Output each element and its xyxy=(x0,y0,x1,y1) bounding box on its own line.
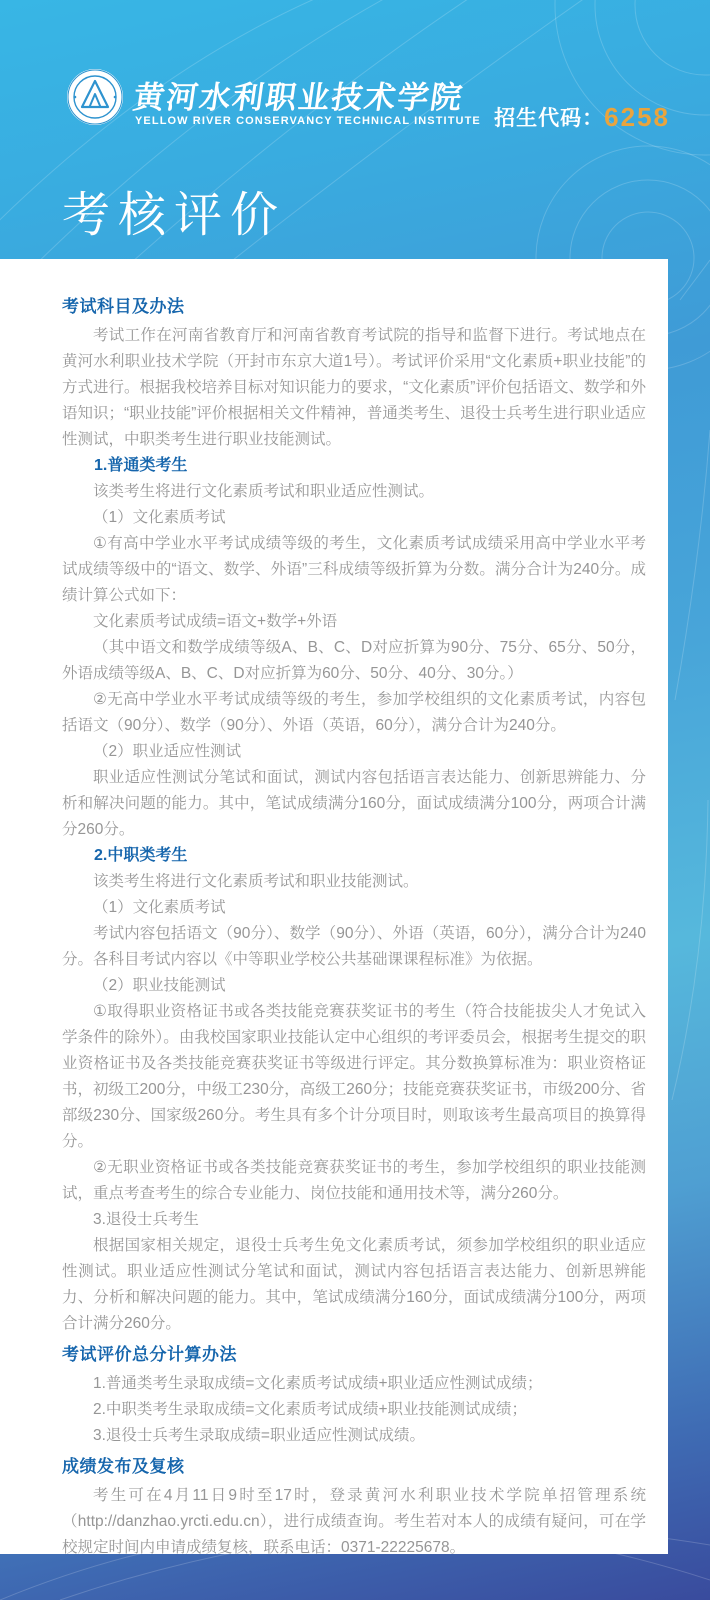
content-card: 考试科目及办法考试工作在河南省教育厅和河南省教育考试院的指导和监督下进行。考试地… xyxy=(0,259,668,1554)
body-paragraph: 考生可在4月11日9时至17时，登录黄河水利职业技术学院单招管理系统（http:… xyxy=(62,1483,646,1561)
body-paragraph: ②无职业资格证书或各类技能竞赛获奖证书的考生，参加学校组织的职业技能测试，重点考… xyxy=(62,1155,646,1207)
body-paragraph: 3.退役士兵考生录取成绩=职业适应性测试成绩。 xyxy=(62,1423,646,1449)
body-paragraph: 考试工作在河南省教育厅和河南省教育考试院的指导和监督下进行。考试地点在黄河水利职… xyxy=(62,323,646,453)
poster-page: { "header": { "school_name_cn": "黄河水利职业技… xyxy=(0,0,710,1600)
subsection-heading: 1.普通类考生 xyxy=(62,453,646,479)
content-blocks: 考试科目及办法考试工作在河南省教育厅和河南省教育考试院的指导和监督下进行。考试地… xyxy=(62,294,646,1561)
admission-code: 招生代码：6258 xyxy=(494,102,670,133)
body-paragraph: （2）职业技能测试 xyxy=(62,973,646,999)
page-header: 黄河水利职业技术学院 YELLOW RIVER CONSERVANCY TECH… xyxy=(0,0,710,259)
admission-code-label: 招生代码： xyxy=(494,107,604,130)
body-paragraph: 该类考生将进行文化素质考试和职业适应性测试。 xyxy=(62,479,646,505)
school-name-en: YELLOW RIVER CONSERVANCY TECHNICAL INSTI… xyxy=(135,115,495,127)
body-paragraph: （其中语文和数学成绩等级A、B、C、D对应折算为90分、75分、65分、50分，… xyxy=(62,635,646,687)
body-paragraph: 该类考生将进行文化素质考试和职业技能测试。 xyxy=(62,869,646,895)
school-name-cn: 黄河水利职业技术学院 xyxy=(131,72,497,117)
body-paragraph: 职业适应性测试分笔试和面试，测试内容包括语言表达能力、创新思辨能力、分析和解决问… xyxy=(62,765,646,843)
section-heading: 考试科目及办法 xyxy=(62,294,646,320)
body-paragraph: 文化素质考试成绩=语文+数学+外语 xyxy=(62,609,646,635)
section-heading: 成绩发布及复核 xyxy=(62,1454,646,1480)
body-paragraph: （1）文化素质考试 xyxy=(62,895,646,921)
body-paragraph: 根据国家相关规定，退役士兵考生免文化素质考试，须参加学校组织的职业适应性测试。职… xyxy=(62,1233,646,1337)
school-emblem-icon xyxy=(66,68,124,126)
body-paragraph: （1）文化素质考试 xyxy=(62,505,646,531)
body-paragraph: （2）职业适应性测试 xyxy=(62,739,646,765)
admission-code-value: 6258 xyxy=(604,102,670,132)
body-paragraph: ①有高中学业水平考试成绩等级的考生，文化素质考试成绩采用高中学业水平考试成绩等级… xyxy=(62,531,646,609)
section-heading: 考试评价总分计算办法 xyxy=(62,1342,646,1368)
body-paragraph: 考试内容包括语文（90分）、数学（90分）、外语（英语，60分），满分合计为24… xyxy=(62,921,646,973)
body-paragraph: 2.中职类考生录取成绩=文化素质考试成绩+职业技能测试成绩； xyxy=(62,1397,646,1423)
body-paragraph: 3.退役士兵考生 xyxy=(62,1207,646,1233)
page-title: 考核评价 xyxy=(62,176,286,245)
subsection-heading: 2.中职类考生 xyxy=(62,843,646,869)
body-paragraph: ②无高中学业水平考试成绩等级的考生，参加学校组织的文化素质考试，内容包括语文（9… xyxy=(62,687,646,739)
body-paragraph: ①取得职业资格证书或各类技能竞赛获奖证书的考生（符合技能拔尖人才免试入学条件的除… xyxy=(62,999,646,1155)
body-paragraph: 1.普通类考生录取成绩=文化素质考试成绩+职业适应性测试成绩； xyxy=(62,1371,646,1397)
